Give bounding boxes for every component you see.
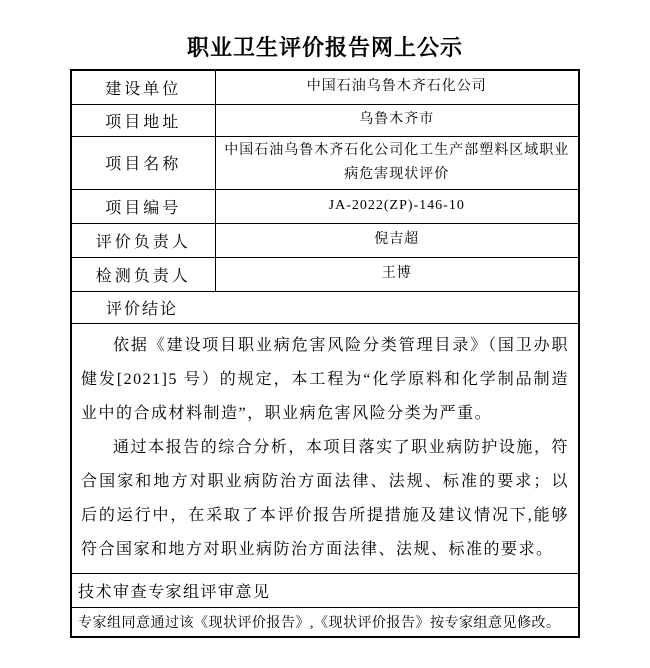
field-value-evaluation-leader: 倪吉超	[215, 223, 579, 257]
table-row-project-number: 项目编号 JA-2022(ZP)-146-10	[71, 189, 579, 223]
expert-review-text: 专家组同意通过该《现状评价报告》,《现状评价报告》按专家组意见修改。	[71, 607, 579, 637]
field-value-construction-unit: 中国石油乌鲁木齐石化公司	[215, 70, 579, 104]
announcement-table: 建设单位 中国石油乌鲁木齐石化公司 项目地址 乌鲁木齐市 项目名称 中国石油乌鲁…	[70, 69, 580, 638]
field-value-testing-leader: 王博	[215, 257, 579, 291]
table-row-expert-review-header: 技术审查专家组评审意见	[71, 573, 579, 607]
field-value-project-address: 乌鲁木齐市	[215, 104, 579, 136]
table-row-project-name: 项目名称 中国石油乌鲁木齐石化公司化工生产部塑料区域职业病危害现状评价	[71, 136, 579, 189]
conclusion-paragraph-1: 依据《建设项目职业病危害风险分类管理目录》（国卫办职健发[2021]5 号）的规…	[81, 329, 569, 431]
table-row-project-address: 项目地址 乌鲁木齐市	[71, 104, 579, 136]
field-label-project-number: 项目编号	[71, 189, 215, 223]
table-row-conclusion-body: 依据《建设项目职业病危害风险分类管理目录》（国卫办职健发[2021]5 号）的规…	[71, 323, 579, 573]
field-label-construction-unit: 建设单位	[71, 70, 215, 104]
table-row-construction-unit: 建设单位 中国石油乌鲁木齐石化公司	[71, 70, 579, 104]
table-row-testing-leader: 检测负责人 王博	[71, 257, 579, 291]
field-label-testing-leader: 检测负责人	[71, 257, 215, 291]
table-row-conclusion-header: 评价结论	[71, 291, 579, 323]
conclusion-section-header: 评价结论	[71, 291, 579, 323]
field-value-project-number: JA-2022(ZP)-146-10	[215, 189, 579, 223]
field-label-project-name: 项目名称	[71, 136, 215, 189]
field-value-project-name: 中国石油乌鲁木齐石化公司化工生产部塑料区域职业病危害现状评价	[215, 136, 579, 189]
expert-review-header: 技术审查专家组评审意见	[71, 573, 579, 607]
page-title: 职业卫生评价报告网上公示	[0, 0, 650, 62]
document-page: 职业卫生评价报告网上公示 建设单位 中国石油乌鲁木齐石化公司 项目地址 乌鲁木齐…	[0, 0, 650, 668]
field-label-evaluation-leader: 评价负责人	[71, 223, 215, 257]
conclusion-body-cell: 依据《建设项目职业病危害风险分类管理目录》（国卫办职健发[2021]5 号）的规…	[71, 323, 579, 573]
conclusion-paragraph-2: 通过本报告的综合分析，本项目落实了职业病防护设施，符合国家和地方对职业病防治方面…	[81, 431, 569, 567]
table-row-expert-review-body: 专家组同意通过该《现状评价报告》,《现状评价报告》按专家组意见修改。	[71, 607, 579, 637]
field-label-project-address: 项目地址	[71, 104, 215, 136]
table-row-evaluation-leader: 评价负责人 倪吉超	[71, 223, 579, 257]
